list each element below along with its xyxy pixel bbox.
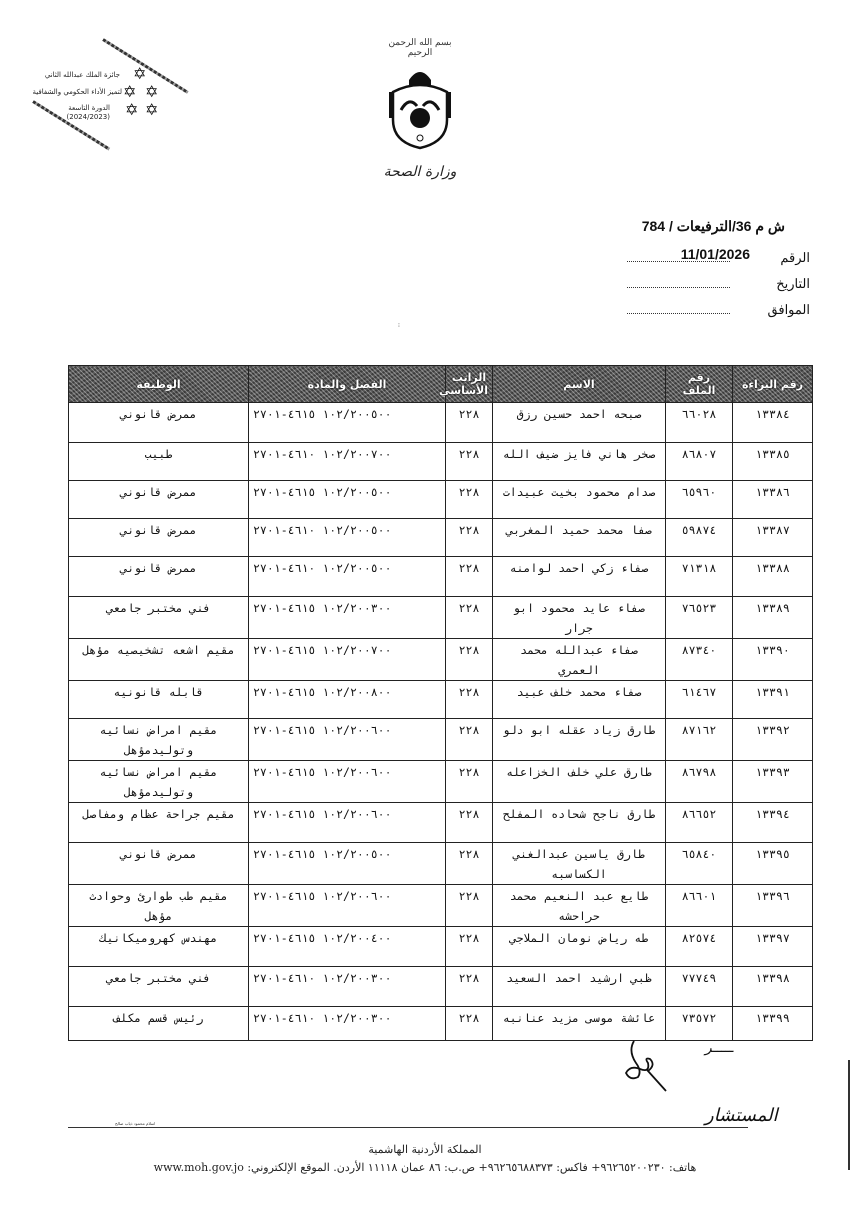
cell-basic-salary: ٢٢٨: [446, 967, 493, 1007]
cell-name: طارق ناجح شحاده المفلح: [493, 803, 666, 843]
cell-file-no: ٨٦٧٩٨: [666, 761, 733, 803]
cell-cert-no: ١٣٣٨٦: [733, 481, 813, 519]
cell-basic-salary: ٢٢٨: [446, 519, 493, 557]
cell-name: طايع عبد النعيم محمد حراحشه: [493, 885, 666, 927]
footer-divider: [68, 1127, 748, 1128]
cell-basic-salary: ٢٢٨: [446, 803, 493, 843]
cell-job: مهندس كهروميكانيك: [69, 927, 249, 967]
cell-cert-no: ١٣٣٩٤: [733, 803, 813, 843]
cell-job: مقيم امراض نسائيه وتوليدمؤهل: [69, 761, 249, 803]
cell-file-no: ٨٦٦٥٢: [666, 803, 733, 843]
cell-file-no: ٦٥٩٦٠: [666, 481, 733, 519]
cell-name: طارق زياد عقله ابو دلو: [493, 719, 666, 761]
cell-name: صبحه احمد حسين رزق: [493, 403, 666, 443]
date-value: 11/01/2026: [681, 246, 750, 262]
cell-basic-salary: ٢٢٨: [446, 403, 493, 443]
hijri-dotted-line: [627, 313, 730, 314]
table-row: ١٣٣٩١٦١٤٦٧صفاء محمد خلف عبيد٢٢٨١٠٢/٢٠٠٨٠…: [69, 681, 813, 719]
table-row: ١٣٣٩٦٨٦٦٠١طايع عبد النعيم محمد حراحشه٢٢٨…: [69, 885, 813, 927]
header-cert-no: رقم البراءة: [733, 366, 813, 403]
cell-name: طارق علي خلف الخزاعله: [493, 761, 666, 803]
letterhead: بسم الله الرحمن الرحيم وزارة الصحة: [380, 20, 460, 195]
number-row: الرقم 11/01/2026: [560, 246, 810, 266]
cell-file-no: ٥٩٨٧٤: [666, 519, 733, 557]
cell-basic-salary: ٢٢٨: [446, 761, 493, 803]
cell-cert-no: ١٣٣٨٧: [733, 519, 813, 557]
cell-basic-salary: ٢٢٨: [446, 927, 493, 967]
date-row: التاريخ: [560, 272, 810, 292]
table-row: ١٣٣٨٤٦٦٠٢٨صبحه احمد حسين رزق٢٢٨١٠٢/٢٠٠٥٠…: [69, 403, 813, 443]
cell-name: صفاء عبدالله محمد العمري: [493, 639, 666, 681]
cell-job: ممرض قانوني: [69, 403, 249, 443]
table-row: ١٣٣٨٦٦٥٩٦٠صدام محمود بخيت عبيدات٢٢٨١٠٢/٢…: [69, 481, 813, 519]
table-row: ١٣٣٩٤٨٦٦٥٢طارق ناجح شحاده المفلح٢٢٨١٠٢/٢…: [69, 803, 813, 843]
cell-name: صفا محمد حميد المغربي: [493, 519, 666, 557]
cell-basic-salary: ٢٢٨: [446, 1007, 493, 1041]
table-row: ١٣٣٨٥٨٦٨٠٧صخر هاني فايز ضيف الله٢٢٨١٠٢/٢…: [69, 443, 813, 481]
star-icon: ✡: [123, 84, 136, 100]
table-row: ١٣٣٩٥٦٥٨٤٠طارق ياسين عبدالغني الكساسبه٢٢…: [69, 843, 813, 885]
cell-name: صفاء زكي احمد لوامنه: [493, 557, 666, 597]
table-row: ١٣٣٨٧٥٩٨٧٤صفا محمد حميد المغربي٢٢٨١٠٢/٢٠…: [69, 519, 813, 557]
cell-cert-no: ١٣٣٨٥: [733, 443, 813, 481]
table-row: ١٣٣٩٧٨٢٥٧٤طه رياض نومان الملاجي٢٢٨١٠٢/٢٠…: [69, 927, 813, 967]
cell-job: قابله قانونيه: [69, 681, 249, 719]
cell-cert-no: ١٣٣٩٥: [733, 843, 813, 885]
reference-number: ش م 36/الترفيعات / 784: [642, 218, 785, 235]
header-file-no: رقم الملف: [666, 366, 733, 403]
cell-job: ممرض قانوني: [69, 557, 249, 597]
cell-name: صفاء عايد محمود ابو جرار: [493, 597, 666, 639]
cell-file-no: ٨٧١٦٢: [666, 719, 733, 761]
cell-name: طارق ياسين عبدالغني الكساسبه: [493, 843, 666, 885]
cell-section-item: ١٠٢/٢٠٠٦٠٠ ٤٦١٥-٢٧٠١: [249, 761, 446, 803]
header-basic-salary: الراتب الأساسي: [446, 366, 493, 403]
cell-section-item: ١٠٢/٢٠٠٤٠٠ ٤٦١٥-٢٧٠١: [249, 927, 446, 967]
cell-file-no: ٨٧٣٤٠: [666, 639, 733, 681]
cell-job: مقيم طب طوارئ وحوادث مؤهل: [69, 885, 249, 927]
cell-basic-salary: ٢٢٨: [446, 885, 493, 927]
cell-job: مقيم جراحة عظام ومفاصل: [69, 803, 249, 843]
basmala: بسم الله الرحمن الرحيم: [380, 38, 460, 58]
date-label: التاريخ: [776, 276, 810, 292]
table-row: ١٣٣٨٩٧٦٥٢٣صفاء عايد محمود ابو جرار٢٢٨١٠٢…: [69, 597, 813, 639]
cell-job: مقيم امراض نسائيه وتوليدمؤهل: [69, 719, 249, 761]
cell-cert-no: ١٣٣٩٨: [733, 967, 813, 1007]
cell-file-no: ٦٦٠٢٨: [666, 403, 733, 443]
award-line-2: لتميز الأداء الحكومي والشفافية: [33, 88, 122, 97]
star-icon: ✡: [133, 66, 146, 82]
header-section-item: الفصل والمادة: [249, 366, 446, 403]
cell-section-item: ١٠٢/٢٠٠٦٠٠ ٤٦١٥-٢٧٠١: [249, 719, 446, 761]
cell-file-no: ٧٧٧٤٩: [666, 967, 733, 1007]
cell-basic-salary: ٢٢٨: [446, 597, 493, 639]
cell-file-no: ٧٦٥٢٣: [666, 597, 733, 639]
cell-basic-salary: ٢٢٨: [446, 681, 493, 719]
promotions-table: رقم البراءة رقم الملف الاسم الراتب الأسا…: [68, 365, 813, 1041]
table-row: ١٣٣٨٨٧١٣١٨صفاء زكي احمد لوامنه٢٢٨١٠٢/٢٠٠…: [69, 557, 813, 597]
cell-file-no: ٨٢٥٧٤: [666, 927, 733, 967]
cell-cert-no: ١٣٣٨٩: [733, 597, 813, 639]
cell-cert-no: ١٣٣٨٤: [733, 403, 813, 443]
cell-basic-salary: ٢٢٨: [446, 481, 493, 519]
star-icon: ✡: [125, 102, 138, 118]
table-row: ١٣٣٩٢٨٧١٦٢طارق زياد عقله ابو دلو٢٢٨١٠٢/٢…: [69, 719, 813, 761]
hijri-label: الموافق: [768, 302, 810, 318]
star-icon: ✡: [145, 84, 158, 100]
cell-job: رئيس قسم مكلف: [69, 1007, 249, 1041]
table-header-row: رقم البراءة رقم الملف الاسم الراتب الأسا…: [69, 366, 813, 403]
number-label: الرقم: [780, 250, 810, 266]
cell-name: طه رياض نومان الملاجي: [493, 927, 666, 967]
cell-section-item: ١٠٢/٢٠٠٥٠٠ ٤٦١٥-٢٧٠١: [249, 403, 446, 443]
table-row: ١٣٣٩٣٨٦٧٩٨طارق علي خلف الخزاعله٢٢٨١٠٢/٢٠…: [69, 761, 813, 803]
header-job: الوظيفة: [69, 366, 249, 403]
cell-job: ممرض قانوني: [69, 481, 249, 519]
signature-icon: [620, 1035, 680, 1095]
cell-file-no: ٦٥٨٤٠: [666, 843, 733, 885]
cell-file-no: ٧١٣١٨: [666, 557, 733, 597]
cell-name: ظبي ارشيد احمد السعيد: [493, 967, 666, 1007]
cell-cert-no: ١٣٣٩٧: [733, 927, 813, 967]
footer-contact: هاتف: ٩٦٢٦٥٢٠٠٢٣٠+ فاكس: ٩٦٢٦٥٦٨٨٣٧٣+ ص.…: [0, 1161, 850, 1174]
cell-job: فني مختبر جامعي: [69, 597, 249, 639]
cell-section-item: ١٠٢/٢٠٠٧٠٠ ٤٦١٠-٢٧٠١: [249, 443, 446, 481]
cell-file-no: ٨٦٦٠١: [666, 885, 733, 927]
cell-cert-no: ١٣٣٩٢: [733, 719, 813, 761]
cell-section-item: ١٠٢/٢٠٠٥٠٠ ٤٦١٥-٢٧٠١: [249, 481, 446, 519]
award-stamp: ✡ ✡ ✡ ✡ ✡ جائزة الملك عبدالله الثاني لتم…: [28, 28, 178, 158]
award-line-4: (2024/2023): [67, 113, 110, 122]
cell-job: ممرض قانوني: [69, 519, 249, 557]
cell-section-item: ١٠٢/٢٠٠٥٠٠ ٤٦١٠-٢٧٠١: [249, 557, 446, 597]
hijri-row: الموافق: [560, 298, 810, 318]
cell-section-item: ١٠٢/٢٠٠٥٠٠ ٤٦١٠-٢٧٠١: [249, 519, 446, 557]
cell-basic-salary: ٢٢٨: [446, 443, 493, 481]
date-dotted-line: [627, 287, 730, 288]
cell-cert-no: ١٣٣٨٨: [733, 557, 813, 597]
footer-country: المملكة الأردنية الهاشمية: [0, 1143, 850, 1156]
cell-section-item: ١٠٢/٢٠٠٣٠٠ ٤٦١٠-٢٧٠١: [249, 967, 446, 1007]
cell-section-item: ١٠٢/٢٠٠٨٠٠ ٤٦١٥-٢٧٠١: [249, 681, 446, 719]
cell-section-item: ١٠٢/٢٠٠٦٠٠ ٤٦١٥-٢٧٠١: [249, 885, 446, 927]
cell-basic-salary: ٢٢٨: [446, 557, 493, 597]
signer-signature: المستشار: [705, 1105, 778, 1126]
award-line-3: الدورة التاسعة: [68, 104, 110, 113]
scan-speck: ⁝: [398, 322, 400, 329]
cell-section-item: ١٠٢/٢٠٠٦٠٠ ٤٦١٥-٢٧٠١: [249, 803, 446, 843]
cell-job: فني مختبر جامعي: [69, 967, 249, 1007]
coat-of-arms-icon: [387, 62, 453, 152]
cell-cert-no: ١٣٣٩٣: [733, 761, 813, 803]
header-name: الاسم: [493, 366, 666, 403]
cell-basic-salary: ٢٢٨: [446, 639, 493, 681]
cell-cert-no: ١٣٣٩٠: [733, 639, 813, 681]
cell-section-item: ١٠٢/٢٠٠٣٠٠ ٤٦١٥-٢٧٠١: [249, 597, 446, 639]
cell-name: صفاء محمد خلف عبيد: [493, 681, 666, 719]
cell-basic-salary: ٢٢٨: [446, 843, 493, 885]
initial-mark: ـــــر: [705, 1040, 733, 1056]
cell-section-item: ١٠٢/٢٠٠٥٠٠ ٤٦١٥-٢٧٠١: [249, 843, 446, 885]
cell-basic-salary: ٢٢٨: [446, 719, 493, 761]
typist-note: اسلام محمود ذياب صالح: [115, 1121, 155, 1126]
cell-job: مقيم اشعه تشخيصيه مؤهل: [69, 639, 249, 681]
cell-name: صدام محمود بخيت عبيدات: [493, 481, 666, 519]
table-row: ١٣٣٩٩٧٣٥٧٢عائشة موسى مزيد عنانبه٢٢٨١٠٢/٢…: [69, 1007, 813, 1041]
cell-cert-no: ١٣٣٩٩: [733, 1007, 813, 1041]
cell-file-no: ٨٦٨٠٧: [666, 443, 733, 481]
cell-cert-no: ١٣٣٩١: [733, 681, 813, 719]
star-icon: ✡: [145, 102, 158, 118]
cell-section-item: ١٠٢/٢٠٠٧٠٠ ٤٦١٥-٢٧٠١: [249, 639, 446, 681]
table-row: ١٣٣٩٠٨٧٣٤٠صفاء عبدالله محمد العمري٢٢٨١٠٢…: [69, 639, 813, 681]
cell-name: صخر هاني فايز ضيف الله: [493, 443, 666, 481]
cell-section-item: ١٠٢/٢٠٠٣٠٠ ٤٦١٠-٢٧٠١: [249, 1007, 446, 1041]
table-row: ١٣٣٩٨٧٧٧٤٩ظبي ارشيد احمد السعيد٢٢٨١٠٢/٢٠…: [69, 967, 813, 1007]
cell-file-no: ٦١٤٦٧: [666, 681, 733, 719]
cell-job: طبيب: [69, 443, 249, 481]
cell-cert-no: ١٣٣٩٦: [733, 885, 813, 927]
cell-job: ممرض قانوني: [69, 843, 249, 885]
ministry-name: وزارة الصحة: [380, 164, 460, 180]
award-line-1: جائزة الملك عبدالله الثاني: [45, 71, 120, 80]
